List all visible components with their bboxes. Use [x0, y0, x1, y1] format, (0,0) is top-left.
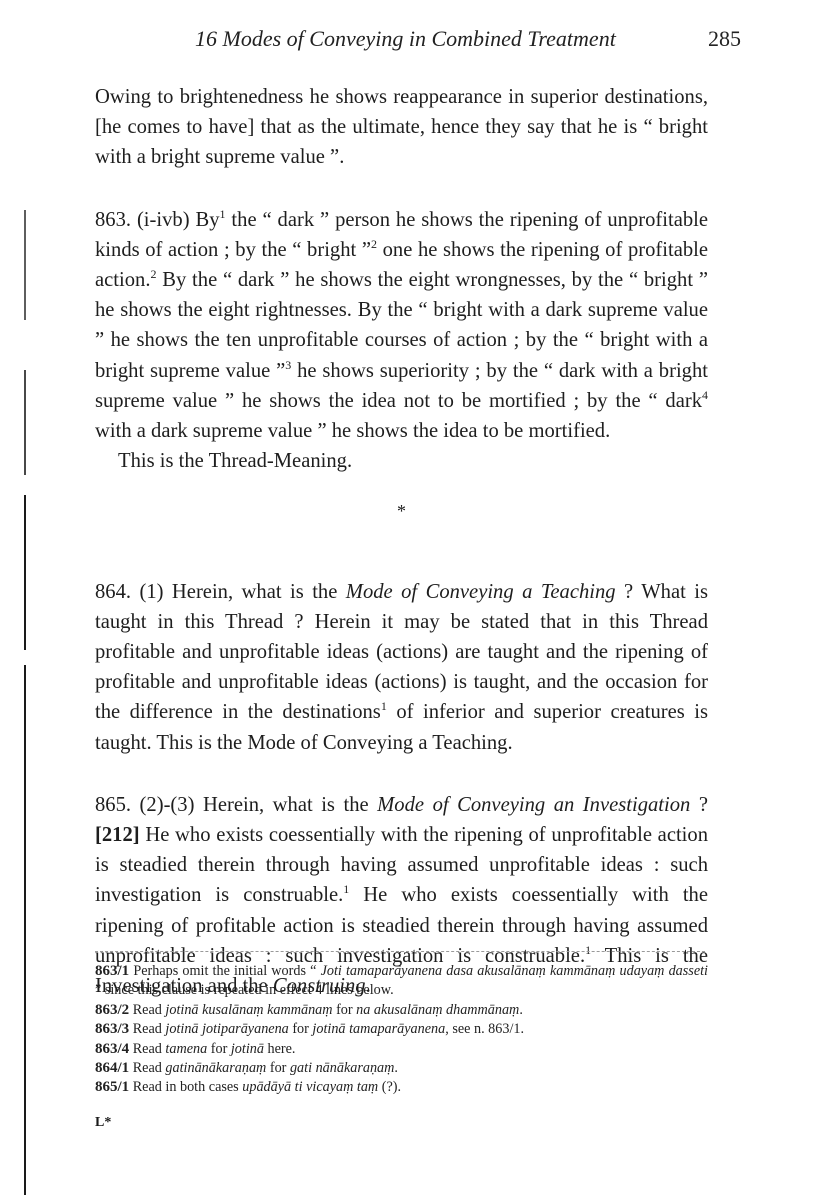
footnote-number: 863/3 [95, 1021, 129, 1037]
text-segment: ” since this clause is repeated in effec… [95, 982, 394, 998]
text-segment: (?). [378, 1079, 401, 1095]
scan-margin-line [24, 495, 26, 650]
italic-term: jotinā tamaparāyanena [312, 1021, 445, 1037]
italic-term: jotinā jotiparāyanena [165, 1021, 288, 1037]
paragraph-864: 864. (1) Herein, what is the Mode of Con… [95, 577, 708, 758]
paragraph-continuation: Owing to brightenedness he shows reappea… [95, 82, 708, 173]
running-header: 16 Modes of Conveying in Combined Treatm… [195, 26, 755, 56]
text-segment: with a dark supreme value ” he shows the… [95, 420, 610, 442]
footnote-number: 863/4 [95, 1041, 129, 1057]
italic-term: jotinā kusalānaṃ kammānaṃ [165, 1002, 332, 1018]
section-separator: * [95, 496, 708, 526]
footnote-865-1: 865/1 Read in both cases upādāyā ti vica… [95, 1078, 708, 1097]
footnote-number: 865/1 [95, 1079, 129, 1095]
text-segment: here. [264, 1041, 296, 1057]
italic-term: gati nānākaraṇaṃ [290, 1060, 394, 1076]
page-reference: [212] [95, 824, 140, 846]
page-number: 285 [708, 26, 741, 52]
text-segment: , see n. 863/1. [445, 1021, 524, 1037]
text-segment: Perhaps omit the initial words “ [129, 963, 320, 979]
footnote-863-4: 863/4 Read tamena for jotinā here. [95, 1040, 708, 1059]
text-segment: for [333, 1002, 357, 1018]
footnote-divider [95, 951, 705, 952]
italic-term: gatinānākaraṇaṃ [165, 1060, 266, 1076]
text-segment: for [266, 1060, 290, 1076]
italic-term: tamena [165, 1041, 207, 1057]
footnote-number: 863/1 [95, 963, 129, 979]
italic-term: upādāyā ti vicayaṃ taṃ [242, 1079, 378, 1095]
footnote-number: 864/1 [95, 1060, 129, 1076]
text-segment: Read [129, 1060, 165, 1076]
scan-margin-line [24, 210, 26, 320]
text-segment: for [289, 1021, 313, 1037]
text-segment: . [394, 1060, 398, 1076]
signature-mark: L* [95, 1115, 111, 1131]
footnote-863-2: 863/2 Read jotinā kusalānaṃ kammānaṃ for… [95, 1001, 708, 1020]
italic-term: jotinā [231, 1041, 264, 1057]
text-segment: ? [690, 794, 708, 816]
text-segment: Read in both cases [129, 1079, 242, 1095]
text-segment: . [519, 1002, 523, 1018]
italic-term: Mode of Conveying a Teaching [346, 581, 616, 603]
footnote-863-1: 863/1 Perhaps omit the initial words “ J… [95, 962, 708, 1001]
text-segment: for [207, 1041, 231, 1057]
footnote-863-3: 863/3 Read jotinā jotiparāyanena for jot… [95, 1020, 708, 1039]
scan-margin-line [24, 665, 26, 1195]
text-segment: 863. (i-ivb) By [95, 209, 220, 231]
italic-term: Mode of Conveying an Investigation [377, 794, 690, 816]
text-segment: Read [129, 1021, 165, 1037]
footnote-number: 863/2 [95, 1002, 129, 1018]
footnote-marker: 4 [702, 388, 708, 402]
italic-term: Joti tamaparāyanena dasa akusalānaṃ kamm… [321, 963, 708, 979]
text-segment: 864. (1) Herein, what is the [95, 581, 346, 603]
paragraph-863: 863. (i-ivb) By1 the “ dark ” person he … [95, 205, 708, 447]
running-header-title: 16 Modes of Conveying in Combined Treatm… [195, 26, 616, 52]
italic-term: na akusalānaṃ dhammānaṃ [356, 1002, 519, 1018]
main-text: Owing to brightenedness he shows reappea… [95, 82, 708, 1001]
thread-meaning-line: This is the Thread-Meaning. [95, 446, 708, 476]
text-segment: Read [129, 1041, 165, 1057]
scan-margin-line [24, 370, 26, 475]
text-segment: Read [129, 1002, 165, 1018]
footnotes: 863/1 Perhaps omit the initial words “ J… [95, 962, 708, 1098]
text-segment: 865. (2)-(3) Herein, what is the [95, 794, 377, 816]
footnote-864-1: 864/1 Read gatinānākaraṇaṃ for gati nānā… [95, 1059, 708, 1078]
